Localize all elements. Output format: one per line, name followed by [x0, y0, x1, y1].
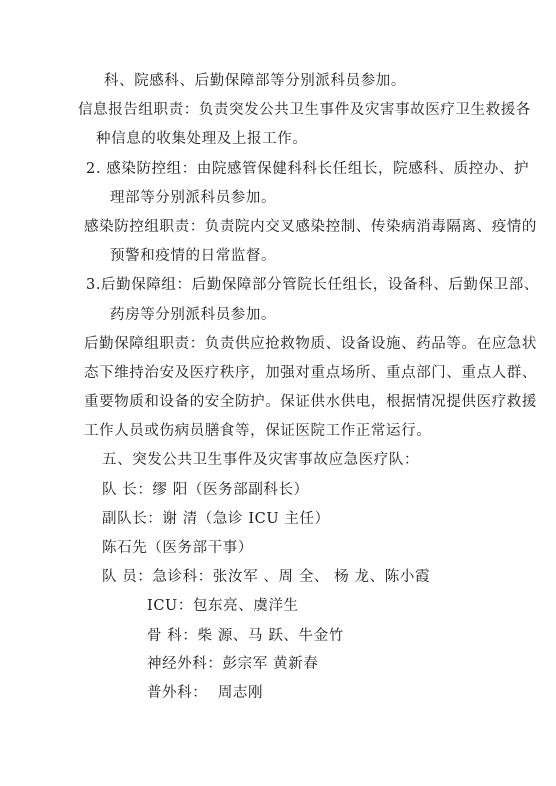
text-line-infection-control-group: 2. 感染防控组：由院感管保健科科长任组长，院感科、质控办、护: [86, 160, 529, 178]
text-line-officer: 陈石先（医务部干事）: [102, 539, 253, 557]
text-line-dept-list: 科、院感科、后勤保障部等分别派科员参加。: [104, 72, 406, 90]
text-line-members-icu: ICU：包东亮、虞洋生: [147, 597, 299, 615]
text-line-members-orthopedics: 骨 科：柴 源、马 跃、牛金竹: [147, 627, 344, 645]
document-page: 科、院感科、后勤保障部等分别派科员参加。 信息报告组职责：负责突发公共卫生事件及…: [0, 0, 556, 786]
text-line-infection-control-duty: 感染防控组职责：负责院内交叉感染控制、传染病消毒隔离、疫情的: [84, 218, 537, 236]
text-line-info-report-duty-cont: 种信息的收集处理及上报工作。: [96, 130, 307, 148]
text-line-members-general-surgery: 普外科： 周志刚: [147, 684, 263, 702]
text-line-infection-control-group-cont: 理部等分别派科员参加。: [110, 189, 276, 207]
text-line-info-report-duty: 信息报告组职责：负责突发公共卫生事件及灾害事故医疗卫生救援各: [78, 101, 531, 119]
text-line-logistics-duty-4: 工作人员或伤病员膳食等，保证医院工作正常运行。: [84, 422, 431, 440]
text-line-deputy-leader: 副队长：谢 清（急诊 ICU 主任）: [102, 510, 330, 528]
text-line-infection-control-duty-cont: 预警和疫情的日常监督。: [110, 247, 276, 265]
section-heading-medical-team: 五、突发公共卫生事件及灾害事故应急医疗队：: [102, 451, 419, 469]
text-line-members-emergency: 队 员：急诊科：张汝军 、周 全、 杨 龙、陈小霞: [102, 568, 430, 586]
text-line-logistics-group-cont: 药房等分别派科员参加。: [110, 306, 276, 324]
text-line-team-leader: 队 长：缪 阳（医务部副科长）: [102, 481, 309, 499]
text-line-logistics-duty-1: 后勤保障组职责：负责供应抢救物质、设备设施、药品等。在应急状: [84, 335, 537, 353]
text-line-logistics-group: 3.后勤保障组：后勤保障部分管院长任组长，设备科、后勤保卫部、: [86, 276, 539, 294]
text-line-members-neurosurgery: 神经外科：彭宗军 黄新春: [147, 655, 318, 673]
text-line-logistics-duty-3: 重要物质和设备的安全防护。保证供水供电，根据情况提供医疗救援: [84, 393, 537, 411]
text-line-logistics-duty-2: 态下维持治安及医疗秩序，加强对重点场所、重点部门、重点人群、: [84, 364, 537, 382]
